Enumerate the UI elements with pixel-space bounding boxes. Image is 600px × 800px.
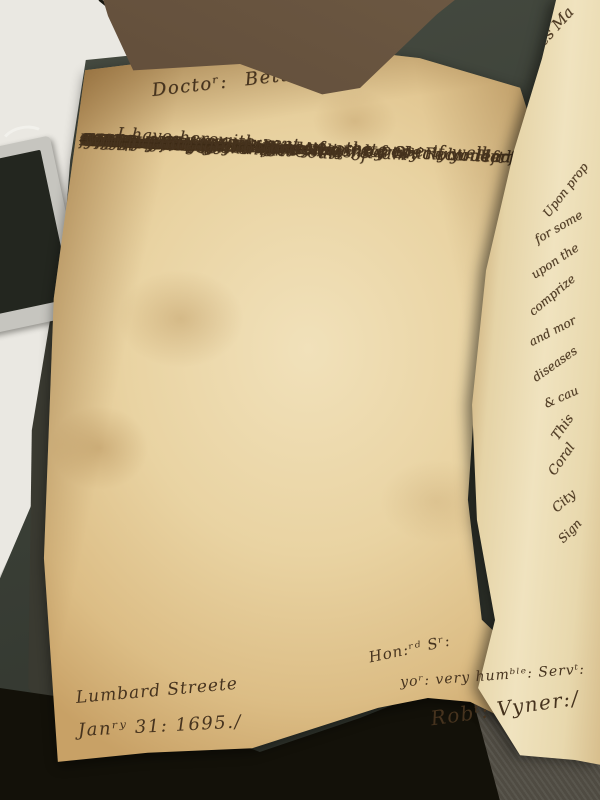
photo-scene: Doctoʳ: Betts,/ I have herewith sent you… <box>0 0 600 800</box>
next-page-text-fragment: Coral <box>546 440 579 478</box>
next-page-text-fragment: This <box>549 412 577 443</box>
next-page-text-fragment: upon the <box>529 240 582 281</box>
next-page-text-fragment: Davies Ma <box>511 3 578 74</box>
next-page-text-fragment: for some <box>532 208 585 247</box>
next-page-text-fragment: Upon prop <box>540 160 591 220</box>
next-page-text-fragment: diseases <box>530 344 580 385</box>
next-page-text-fragment: City <box>549 487 579 516</box>
next-page-text-fragment: Sign <box>555 516 584 545</box>
next-page-text-fragment: & cau <box>542 383 581 410</box>
